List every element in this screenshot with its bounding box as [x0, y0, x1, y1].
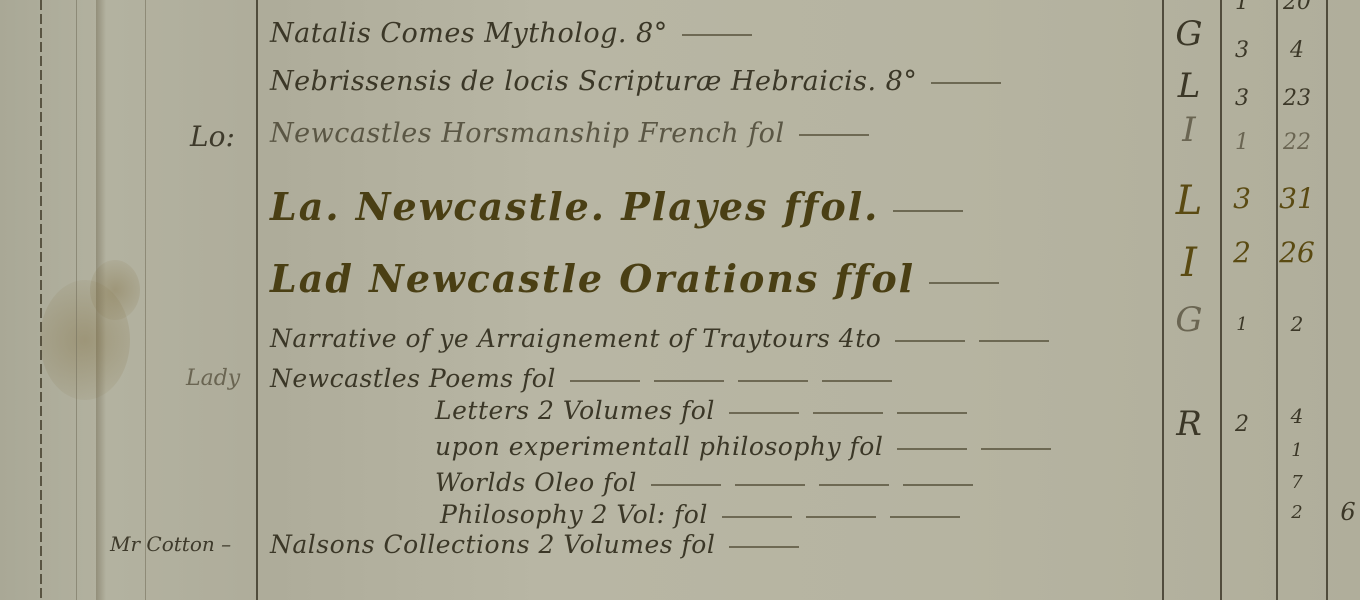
entry-title: Philosophy 2 Vol: fol [440, 500, 960, 529]
entry-title: La. Newcastle. Playes ffol. [270, 184, 963, 229]
cell-item: 2 [1272, 502, 1322, 523]
cell-shelf: I [1162, 110, 1216, 150]
entry-title: Lad Newcastle Orations ffol [270, 256, 999, 301]
cell-number: 2 [1222, 412, 1262, 437]
cell-number: 1 [1222, 130, 1262, 155]
entry-title: Narrative of ye Arraignement of Traytour… [270, 324, 1049, 353]
cell-item: 20 [1272, 0, 1322, 15]
cell-item: 4 [1272, 404, 1322, 428]
entry-title: upon experimentall philosophy fol [435, 432, 1051, 461]
entry-title: Worlds Oleo fol [435, 468, 973, 497]
margin-rule [145, 0, 146, 600]
cell-item: 4 [1272, 38, 1322, 63]
cell-item: 2 [1272, 312, 1322, 336]
right-edge-mark: 6 [1336, 498, 1360, 526]
cell-shelf: L [1162, 178, 1216, 224]
margin-note: Lady [186, 366, 240, 391]
cell-item: 23 [1272, 86, 1322, 111]
cell-number: 3 [1222, 86, 1262, 111]
margin-rule [76, 0, 77, 600]
margin-rule [40, 0, 42, 600]
entry-title: Letters 2 Volumes fol [435, 396, 967, 425]
cell-number: 1 [1222, 314, 1262, 335]
title-column-rule [256, 0, 258, 600]
cell-shelf: G [1162, 14, 1216, 54]
margin-note: Lo: [190, 120, 235, 153]
cell-item: 31 [1272, 182, 1322, 215]
right-column-rule [1326, 0, 1328, 600]
entry-title: Nebrissensis de locis Scripturæ Hebraici… [270, 66, 1001, 97]
cell-shelf: L [1162, 66, 1216, 106]
cell-number: 3 [1222, 182, 1262, 215]
margin-note: Mr Cotton – [110, 532, 231, 556]
manuscript-page: 1 20 Natalis Comes Mytholog. 8° G 3 4 Ne… [0, 0, 1360, 600]
cell-shelf: R [1162, 404, 1216, 444]
entry-title: Newcastles Poems fol [270, 364, 892, 393]
cell-item: 1 [1272, 440, 1322, 461]
entry-title: Newcastles Horsmanship French fol [270, 118, 869, 149]
cell-item: 22 [1272, 130, 1322, 155]
cell-shelf: I [1162, 240, 1216, 286]
cell-number: 1 [1222, 0, 1262, 15]
page-fold-shadow [96, 0, 106, 600]
cell-number: 2 [1222, 236, 1262, 269]
cell-item: 26 [1272, 236, 1322, 269]
cell-item: 7 [1272, 472, 1322, 493]
entry-title: Nalsons Collections 2 Volumes fol [270, 530, 799, 559]
cell-number: 3 [1222, 38, 1262, 63]
cell-shelf: G [1162, 300, 1216, 340]
paper-stain [40, 280, 130, 400]
entry-title: Natalis Comes Mytholog. 8° [270, 18, 752, 49]
